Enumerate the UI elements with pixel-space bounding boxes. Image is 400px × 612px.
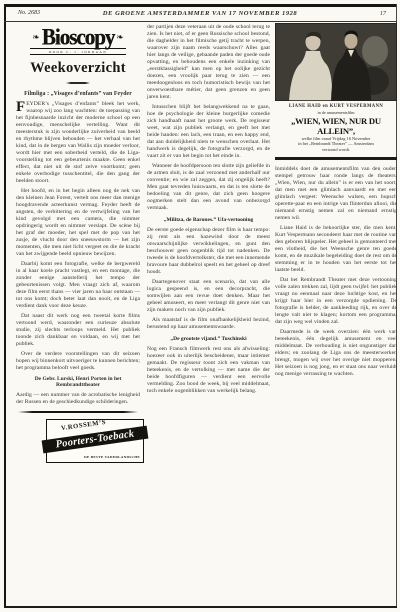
caption-detail-line3: vertoond wordt. [275,147,397,152]
subsection-head: De Gebr. Lurski, Henri Porten in het Rem… [16,376,140,389]
bioscopy-logo: ❧ Bioscopy ❧ DOOR L. J. JORDAAN [26,27,130,55]
heavy-rule [275,157,397,160]
article-paragraph: Liane Haid is de bekoorlijke ster, die m… [275,225,397,274]
photo-caption-film-title: „WIEN, WIEN, NUR DU ALLEIN”, [275,116,397,136]
photo-caption-detail: welke film vanaf Vrijdag 16 November in … [275,136,397,152]
dropcap: F [16,101,26,114]
film-subhead-vijand: „De grootste vijand.” Tuschinski [147,336,270,342]
header-rule [4,21,397,22]
tobacco-advertisement: V.ROSSEM’S Poorters-Toeback DE BESTE VAD… [46,419,144,463]
article-paragraph: Intusschen blijft het belangwekkend na t… [147,104,270,160]
page-number: 17 [380,10,386,17]
article-paragraph: Dat het Rembrandt Theater met deze verto… [275,277,397,326]
article-body: De eerste goede eigenschap dezer film is… [147,227,270,331]
article-paragraph: Aardig — een nummer van de acrobatische … [16,392,140,406]
article-paragraph: Daartegenover staat een scenario, dat va… [147,279,270,314]
logo-ornament-right-icon: ❧ [116,32,124,43]
masthead-title: DE GROENE AMSTERDAMMER VAN 17 NOVEMBER 1… [8,10,392,17]
ad-product-ribbon: Poorters-Toeback [42,425,149,453]
article-paragraph: Het hoofd, en in het begin alleen nog de… [16,188,140,258]
article-body: Aardig — een nummer van de acrobatische … [16,392,140,406]
article-body: Nog een Fransch filmwerk rest ons als af… [147,346,270,395]
ad-brand-name: V.ROSSEM’S [61,418,107,431]
column-middle: der partijen deze veteraan uit de oude s… [147,24,270,398]
article-body: der partijen deze veteraan uit de oude s… [147,24,270,212]
logo-ornament-left-icon: ❧ [32,32,40,43]
article-paragraph: Daarbij komt een fotografie, welke de be… [16,261,140,310]
photo-caption-sub: in de amusementsfilm [275,110,397,115]
article-paragraph: Over de verdere voorstellingen van dit s… [16,351,140,372]
page-border-left [4,4,6,608]
page-border-bottom [4,606,397,608]
article-paragraph: Daarmede is de week overzien: één werk v… [275,329,397,378]
article-paragraph: Nog een Fransch filmwerk rest ons als af… [147,346,270,395]
article-paragraph: De eerste goede eigenschap dezer film is… [147,227,270,276]
article-paragraph: FEYDER’s „Visages d’enfants” bleek het w… [16,101,140,185]
logo-title: Bioscopy [42,26,115,48]
film-subhead-militza: „Militza, de Barones.” Ufa-vertooning [147,217,270,223]
article-paragraph: Wanneer de hoofdpersoon ten slotte zijn … [147,163,270,212]
column-left: ❧ Bioscopy ❧ DOOR L. J. JORDAAN Weekover… [16,27,140,463]
subsection-head-line2: Rembrandttheater [16,382,140,389]
tapered-rule [18,411,138,413]
article-body: FEYDER’s „Visages d’enfants” bleek het w… [16,101,140,372]
ad-tagline: DE BESTE VADERLANDSCHE [84,455,140,459]
section-title: Weekoverzicht [16,60,140,77]
article-body: Inmiddels doet de amusementsfilm van den… [275,166,397,378]
article-paragraph: Als maatstaf is de film onafhankelijkhei… [147,317,270,331]
page-border-top [4,4,397,7]
ornamental-rule [66,82,90,84]
article-paragraph: der partijen deze veteraan uit de oude s… [147,24,270,101]
photo-caption-names: LIANE HAID en KURT VESPERMANN [275,104,397,109]
page-header: No. 2683 DE GROENE AMSTERDAMMER VAN 17 N… [8,10,392,20]
article-paragraph: Inmiddels doet de amusementsfilm van den… [275,166,397,222]
article-paragraph: Dat naast dit werk nog een tweetal korte… [16,313,140,348]
column-right: LIANE HAID en KURT VESPERMANN in de amus… [275,23,397,381]
newspaper-page: No. 2683 DE GROENE AMSTERDAMMER VAN 17 N… [0,0,400,612]
film-still-photo [275,23,397,101]
film-review-subhead: Filmliga : „Visages d’enfants” van Feyde… [16,91,140,97]
